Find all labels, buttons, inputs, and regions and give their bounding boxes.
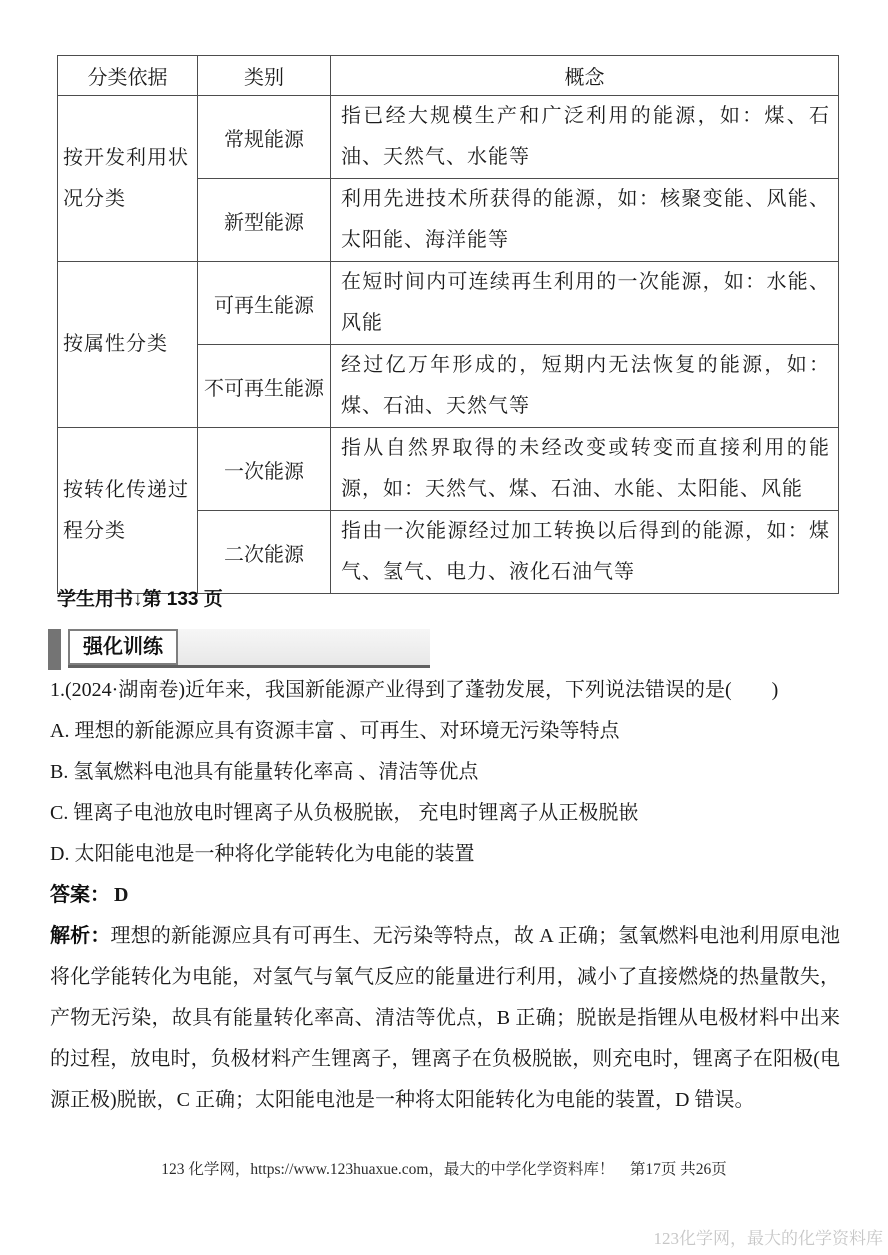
question-option-b: B. 氢氧燃料电池具有能量转化率高 、清洁等优点 xyxy=(50,752,840,793)
basis-cell-conversion: 按转化传递过程分类 xyxy=(58,428,198,594)
concept-cell: 利用先进技术所获得的能源，如：核聚变能、风能、太阳能、海洋能等 xyxy=(331,179,839,262)
page-footer: 123 化学网，https://www.123huaxue.com，最大的中学化… xyxy=(0,1157,888,1179)
watermark: 123化学网，最大的化学资料库 xyxy=(654,1224,884,1249)
category-cell: 可再生能源 xyxy=(198,262,331,345)
category-cell: 新型能源 xyxy=(198,179,331,262)
concept-cell: 指从自然界取得的未经改变或转变而直接利用的能源，如：天然气、煤、石油、水能、太阳… xyxy=(331,428,839,511)
col-header-concept: 概念 xyxy=(331,56,839,96)
table-row: 按转化传递过程分类 一次能源 指从自然界取得的未经改变或转变而直接利用的能源，如… xyxy=(58,428,839,511)
question-block: 1.(2024·湖南卷)近年来，我国新能源产业得到了蓬勃发展，下列说法错误的是(… xyxy=(50,670,840,1121)
analysis-label: 解析： xyxy=(50,925,111,947)
col-header-basis: 分类依据 xyxy=(58,56,198,96)
category-cell: 不可再生能源 xyxy=(198,345,331,428)
concept-cell: 指由一次能源经过加工转换以后得到的能源，如：煤气、氢气、电力、液化石油气等 xyxy=(331,511,839,594)
section-rule: 强化训练 xyxy=(68,629,430,668)
analysis-text: 理想的新能源应具有可再生、无污染等特点，故 A 正确；氢氧燃料电池利用原电池将化… xyxy=(50,925,840,1111)
basis-cell-attribute: 按属性分类 xyxy=(58,262,198,428)
concept-cell: 在短时间内可连续再生利用的一次能源，如：水能、风能 xyxy=(331,262,839,345)
category-cell: 一次能源 xyxy=(198,428,331,511)
col-header-category: 类别 xyxy=(198,56,331,96)
basis-cell-development: 按开发利用状况分类 xyxy=(58,96,198,262)
concept-cell: 经过亿万年形成的，短期内无法恢复的能源，如：煤、石油、天然气等 xyxy=(331,345,839,428)
answer-value: D xyxy=(110,884,128,906)
table-row: 按开发利用状况分类 常规能源 指已经大规模生产和广泛利用的能源，如：煤、石油、天… xyxy=(58,96,839,179)
question-option-d: D. 太阳能电池是一种将化学能转化为电能的装置 xyxy=(50,834,840,875)
table-header-row: 分类依据 类别 概念 xyxy=(58,56,839,96)
question-stem: 1.(2024·湖南卷)近年来，我国新能源产业得到了蓬勃发展，下列说法错误的是(… xyxy=(50,670,840,711)
question-option-a: A. 理想的新能源应具有资源丰富 、可再生、对环境无污染等特点 xyxy=(50,711,840,752)
concept-cell: 指已经大规模生产和广泛利用的能源，如：煤、石油、天然气、水能等 xyxy=(331,96,839,179)
question-option-c: C. 锂离子电池放电时锂离子从负极脱嵌， 充电时锂离子从正极脱嵌 xyxy=(50,793,840,834)
student-book-page-ref: 学生用书↓第 133 页 xyxy=(57,584,223,611)
answer-line: 答案：D xyxy=(50,875,840,916)
section-header: 强化训练 xyxy=(48,629,430,670)
section-title: 强化训练 xyxy=(68,629,178,665)
category-cell: 常规能源 xyxy=(198,96,331,179)
section-accent-bar xyxy=(48,629,61,670)
page: 分类依据 类别 概念 按开发利用状况分类 常规能源 指已经大规模生产和广泛利用的… xyxy=(0,0,888,1255)
table-row: 按属性分类 可再生能源 在短时间内可连续再生利用的一次能源，如：水能、风能 xyxy=(58,262,839,345)
category-cell: 二次能源 xyxy=(198,511,331,594)
analysis-paragraph: 解析：理想的新能源应具有可再生、无污染等特点，故 A 正确；氢氧燃料电池利用原电… xyxy=(50,916,840,1121)
answer-label: 答案： xyxy=(50,884,110,906)
energy-classification-table: 分类依据 类别 概念 按开发利用状况分类 常规能源 指已经大规模生产和广泛利用的… xyxy=(57,55,839,594)
